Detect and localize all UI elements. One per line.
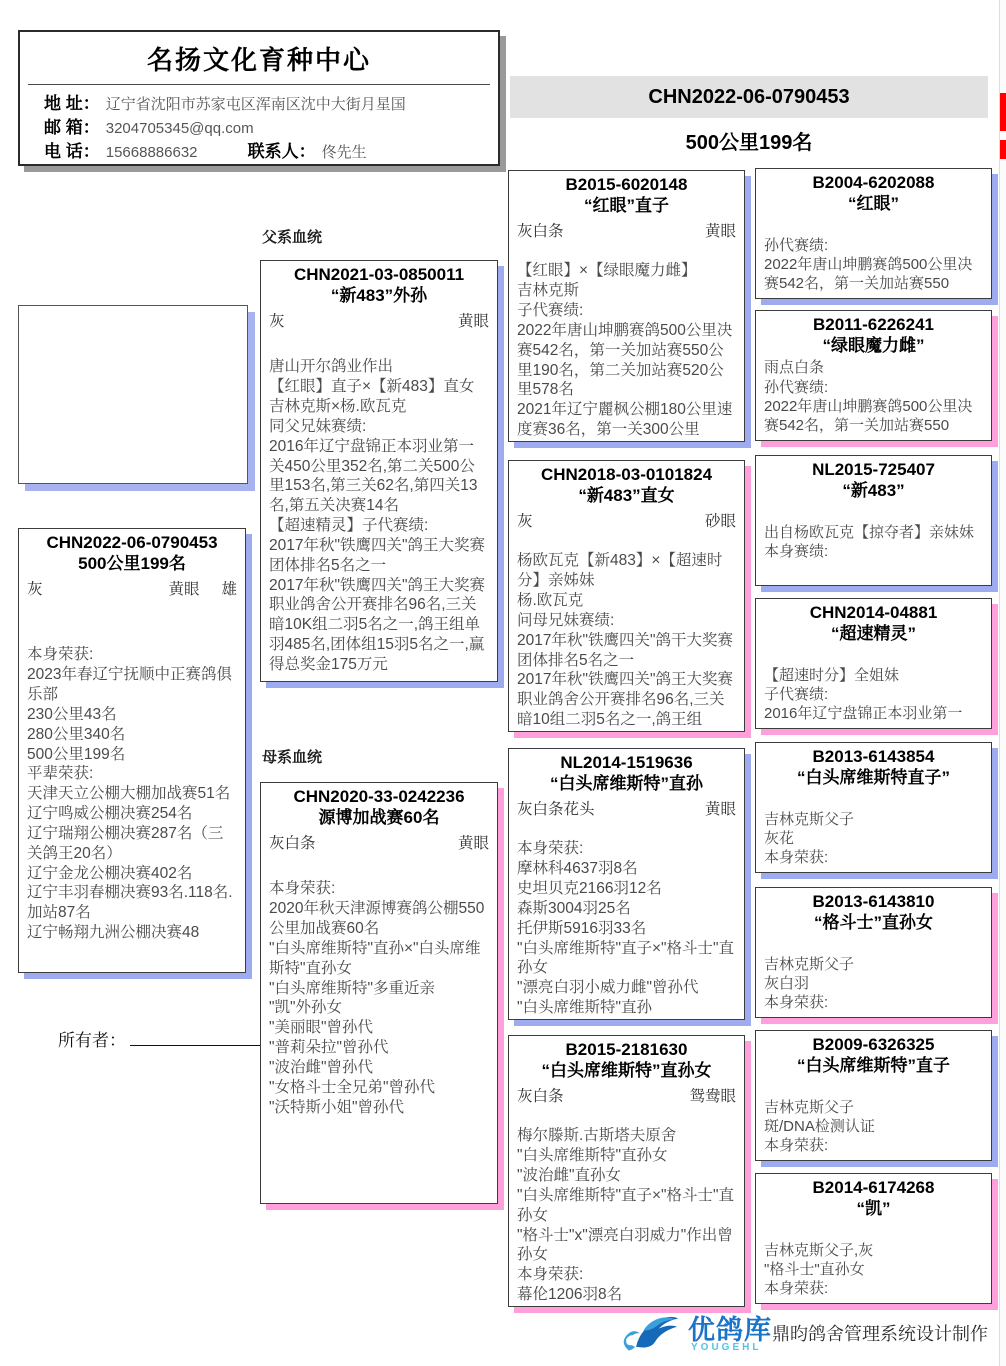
ring-number-banner: CHN2022-06-0790453: [510, 76, 988, 118]
owner-blank-line: [130, 1030, 264, 1046]
ring-number: NL2014-1519636: [517, 753, 736, 774]
phone-value: 15668886632: [106, 144, 198, 161]
pedigree-certificate-page: 名扬文化育种中心 地 址：辽宁省沈阳市苏家屯区浑南区沈中大街月星国 邮 箱：32…: [0, 0, 1006, 1366]
eye-color: 鸳鸯眼: [689, 1084, 736, 1106]
feather-color: 灰白条: [517, 219, 564, 241]
feather-color: 灰: [27, 577, 43, 599]
pigeon-name: 500公里199名: [27, 554, 237, 575]
trait-row: 灰 黄眼雄: [27, 577, 237, 599]
ring-number: B2009-6326325: [764, 1035, 983, 1056]
footer-credit: 鼎昀鸽舍管理系统设计制作: [772, 1320, 988, 1346]
pigeon-name: “绿眼魔力雌”: [764, 336, 983, 357]
eye-color: 黄眼: [705, 797, 736, 819]
eye-color: 黄眼: [458, 309, 489, 331]
trait-row: 灰 黄眼: [269, 309, 489, 331]
ring-number: CHN2020-33-0242236: [269, 787, 489, 808]
ring-number: CHN2014-04881: [764, 603, 983, 624]
scrollbar-marker: [1000, 93, 1006, 131]
pigeon-name: “新483”外孙: [269, 286, 489, 307]
ring-number: CHN2018-03-0101824: [517, 465, 736, 486]
trait-row: 灰白条 鸳鸯眼: [517, 1084, 736, 1106]
grandparent-card-2: CHN2018-03-0101824 “新483”直女 灰 砂眼 杨欧瓦克【新4…: [508, 460, 745, 732]
pigeon-details: 【红眼】×【绿眼魔力雌】 吉林克斯 子代赛绩: 2022年唐山坤鹏赛鸽500公里…: [517, 261, 736, 439]
pigeon-details: 梅尔滕斯.古斯塔夫原舍 "白头席维斯特"直孙女 "波治雌"直孙女 "白头席维斯特…: [517, 1126, 736, 1304]
banner-result: 500公里199名: [510, 126, 988, 155]
eye-color: 黄眼: [458, 831, 489, 853]
pigeon-name: “新483”直女: [517, 486, 736, 507]
contact-label: 联系人：: [248, 142, 316, 161]
trait-row: 灰 砂眼: [517, 509, 736, 531]
email-label: 邮 箱：: [44, 118, 100, 137]
father-card: CHN2021-03-0850011 “新483”外孙 灰 黄眼 唐山开尔鸽业作…: [260, 260, 498, 682]
trait-row: 灰白条花头 黄眼: [517, 797, 736, 819]
pigeon-details: 雨点白条 孙代赛绩: 2022年唐山坤鹏赛鸽500公里决赛542名，第一关加站赛…: [764, 358, 983, 434]
breeder-info-box: 名扬文化育种中心 地 址：辽宁省沈阳市苏家屯区浑南区沈中大街月星国 邮 箱：32…: [18, 30, 500, 166]
pigeon-name: “红眼”直子: [517, 196, 736, 217]
paternal-lineage-label: 父系血统: [262, 226, 322, 247]
eye-color: 黄眼: [705, 219, 736, 241]
ring-number: B2011-6226241: [764, 315, 983, 336]
scrollbar-marker: [1000, 140, 1006, 159]
email-value: 3204705345@qq.com: [106, 120, 254, 137]
ring-number: CHN2021-03-0850011: [269, 265, 489, 286]
ring-number: B2015-6020148: [517, 175, 736, 196]
pigeon-name: “新483”: [764, 481, 983, 502]
pigeon-details: 杨欧瓦克【新483】×【超速时分】亲姊妹 杨.欧瓦克 问母兄妹赛绩: 2017年…: [517, 551, 736, 729]
grandparent-card-1: B2015-6020148 “红眼”直子 灰白条 黄眼 【红眼】×【绿眼魔力雌】…: [508, 170, 745, 442]
mother-card: CHN2020-33-0242236 源博加战赛60名 灰白条 黄眼 本身荣获:…: [260, 782, 498, 1204]
ring-number: B2015-2181630: [517, 1040, 736, 1061]
pigeon-name: “格斗士”直孙女: [764, 913, 983, 934]
pigeon-photo-placeholder: [18, 305, 248, 484]
feather-color: 灰: [269, 309, 285, 331]
pigeon-name: “白头席维斯特”直子: [764, 1056, 983, 1077]
ring-number: B2014-6174268: [764, 1178, 983, 1199]
breeder-phone-row: 电 话：15668886632 联系人：佟先生: [44, 140, 498, 164]
great-grandparent-card-4: CHN2014-04881 “超速精灵” 【超速时分】全姐妹 子代赛绩: 201…: [755, 598, 992, 729]
trait-row: 灰白条 黄眼: [269, 831, 489, 853]
owner-label: 所有者：: [58, 1031, 126, 1050]
pigeon-name: “白头席维斯特”直孙女: [517, 1061, 736, 1082]
breeder-email-row: 邮 箱：3204705345@qq.com: [44, 116, 498, 140]
pigeon-details: 出自杨欧瓦克【掠夺者】亲妹妹 本身赛绩:: [764, 503, 983, 560]
pigeon-details: 本身荣获: 2020年秋天津源博赛鸽公棚550公里加战赛60名 "白头席维斯特"…: [269, 879, 489, 1117]
grandparent-card-4: B2015-2181630 “白头席维斯特”直孙女 灰白条 鸳鸯眼 梅尔滕斯.古…: [508, 1035, 745, 1307]
ring-number: NL2015-725407: [764, 460, 983, 481]
pigeon-name: “凯”: [764, 1199, 983, 1220]
pigeon-details: 吉林克斯父子,灰 "格斗士"直孙女 本身荣获:: [764, 1221, 983, 1297]
pigeon-name: “红眼”: [764, 194, 983, 215]
breeder-title: 名扬文化育种中心: [20, 40, 498, 77]
brand-subtitle: YOUGEHL: [691, 1342, 761, 1353]
great-grandparent-card-2: B2011-6226241 “绿眼魔力雌” 雨点白条 孙代赛绩: 2022年唐山…: [755, 310, 992, 441]
subject-card: CHN2022-06-0790453 500公里199名 灰 黄眼雄 本身荣获:…: [18, 528, 246, 973]
great-grandparent-card-5: B2013-6143854 “白头席维斯特直子” 吉林克斯父子 灰花 本身荣获:: [755, 742, 992, 873]
great-grandparent-card-8: B2014-6174268 “凯” 吉林克斯父子,灰 "格斗士"直孙女 本身荣获…: [755, 1173, 992, 1304]
feather-color: 灰白条: [517, 1084, 564, 1106]
maternal-lineage-label: 母系血统: [262, 746, 322, 767]
great-grandparent-card-1: B2004-6202088 “红眼” 孙代赛绩: 2022年唐山坤鹏赛鸽500公…: [755, 168, 992, 299]
pigeon-details: 【超速时分】全姐妹 子代赛绩: 2016年辽宁盘锦正本羽业第一: [764, 646, 983, 722]
divider: [28, 84, 490, 85]
owner-row: 所有者：: [58, 1026, 264, 1051]
grandparent-card-3: NL2014-1519636 “白头席维斯特”直孙 灰白条花头 黄眼 本身荣获:…: [508, 748, 745, 1020]
address-label: 地 址：: [44, 94, 100, 113]
feather-color: 灰白条花头: [517, 797, 595, 819]
breeder-address-row: 地 址：辽宁省沈阳市苏家屯区浑南区沈中大街月星国: [44, 92, 498, 116]
address-value: 辽宁省沈阳市苏家屯区浑南区沈中大街月星国: [106, 96, 406, 113]
sex: 雄: [221, 581, 237, 598]
pigeon-name: “白头席维斯特”直孙: [517, 774, 736, 795]
feather-color: 灰白条: [269, 831, 316, 853]
pigeon-name: “白头席维斯特直子”: [764, 768, 983, 789]
pigeon-details: 吉林克斯父子 斑/DNA检测认证 本身荣获:: [764, 1078, 983, 1154]
great-grandparent-card-3: NL2015-725407 “新483” 出自杨欧瓦克【掠夺者】亲妹妹 本身赛绩…: [755, 455, 992, 586]
pigeon-details: 吉林克斯父子 灰白羽 本身荣获:: [764, 935, 983, 1011]
great-grandparent-card-7: B2009-6326325 “白头席维斯特”直子 吉林克斯父子 斑/DNA检测认…: [755, 1030, 992, 1161]
eye-color: 砂眼: [705, 509, 736, 531]
pigeon-name: “超速精灵”: [764, 624, 983, 645]
ring-number: B2004-6202088: [764, 173, 983, 194]
pigeon-name: 源博加战赛60名: [269, 808, 489, 829]
ring-number: B2013-6143854: [764, 747, 983, 768]
feather-color: 灰: [517, 509, 533, 531]
pigeon-details: 吉林克斯父子 灰花 本身荣获:: [764, 790, 983, 866]
phone-label: 电 话：: [44, 142, 100, 161]
pigeon-details: 本身荣获: 摩林科4637羽8名 史坦贝克2166羽12名 森斯3004羽25名…: [517, 839, 736, 1017]
pigeon-details: 孙代赛绩: 2022年唐山坤鹏赛鸽500公里决赛542名，第一关加站赛550: [764, 216, 983, 292]
ring-number: CHN2022-06-0790453: [27, 533, 237, 554]
contact-value: 佟先生: [322, 144, 367, 161]
eye-color: 黄眼: [168, 581, 199, 598]
pigeon-details: 唐山开尔鸽业作出 【红眼】直子×【新483】直女 吉林克斯×杨.欧瓦克 同父兄妹…: [269, 357, 489, 674]
great-grandparent-card-6: B2013-6143810 “格斗士”直孙女 吉林克斯父子 灰白羽 本身荣获:: [755, 887, 992, 1018]
scrollbar[interactable]: [999, 0, 1006, 1366]
yougehl-logo-icon: [616, 1310, 680, 1363]
ring-number: B2013-6143810: [764, 892, 983, 913]
trait-row: 灰白条 黄眼: [517, 219, 736, 241]
pigeon-details: 本身荣获: 2023年春辽宁抚顺中正赛鸽俱乐部 230公里43名 280公里34…: [27, 645, 237, 942]
